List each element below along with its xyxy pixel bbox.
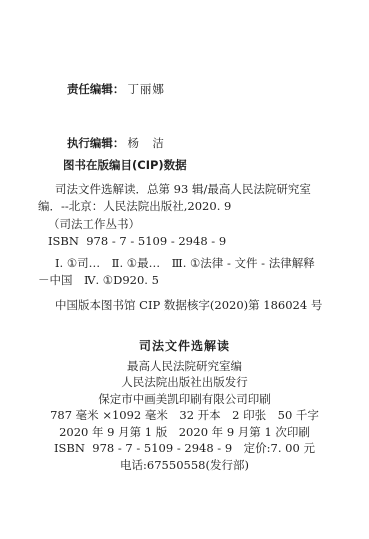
editors-block: 责任编辑：丁丽娜 执行编辑：杨 洁: [45, 62, 165, 170]
cip-classification-line-1: Ⅰ. ①司… Ⅱ. ①最… Ⅲ. ①法律 - 文件 - 法律解释: [38, 255, 338, 273]
copyright-page: 责任编辑：丁丽娜 执行编辑：杨 洁 图书在版编目(CIP)数据 司法文件选解读．…: [0, 0, 369, 539]
editor-role-label: 执行编辑：: [67, 136, 125, 150]
book-title: 司法文件选解读: [0, 338, 369, 355]
colophon-edition-line: 2020 年 9 月第 1 版 2020 年 9 月第 1 次印刷: [0, 424, 369, 441]
cip-description-line-2: 编．--北京：人民法院出版社,2020. 9: [38, 198, 338, 216]
colophon-isbn-price-line: ISBN 978 - 7 - 5109 - 2948 - 9 定价:7. 00 …: [0, 440, 369, 457]
cip-series: （司法工作丛书）: [38, 216, 338, 234]
cip-description-line-1: 司法文件选解读．总第 93 辑/最高人民法院研究室: [38, 181, 338, 199]
cip-isbn: ISBN 978 - 7 - 5109 - 2948 - 9: [38, 233, 338, 251]
editor-name: 杨 洁: [127, 136, 165, 150]
colophon-printer-line: 保定市中画美凯印刷有限公司印刷: [0, 391, 369, 408]
colophon-phone-line: 电话:67550558(发行部): [0, 457, 369, 474]
cip-classification-line-2: －中国 Ⅳ. ①D920. 5: [38, 272, 338, 290]
colophon-format-line: 787 毫米 ×1092 毫米 32 开本 2 印张 50 千字: [0, 407, 369, 424]
colophon-publisher-line: 人民法院出版社出版发行: [0, 374, 369, 391]
editor-role-label: 责任编辑：: [67, 82, 125, 96]
cip-block: 图书在版编目(CIP)数据 司法文件选解读．总第 93 辑/最高人民法院研究室 …: [38, 157, 338, 314]
colophon-editor-line: 最高人民法院研究室编: [0, 358, 369, 375]
colophon-block: 司法文件选解读 最高人民法院研究室编 人民法院出版社出版发行 保定市中画美凯印刷…: [0, 338, 369, 473]
cip-heading: 图书在版编目(CIP)数据: [38, 157, 338, 175]
editor-row: 责任编辑：丁丽娜: [45, 62, 165, 116]
cip-record-number: 中国版本图书馆 CIP 数据核字(2020)第 186024 号: [38, 297, 338, 315]
editor-name: 丁丽娜: [127, 82, 165, 96]
